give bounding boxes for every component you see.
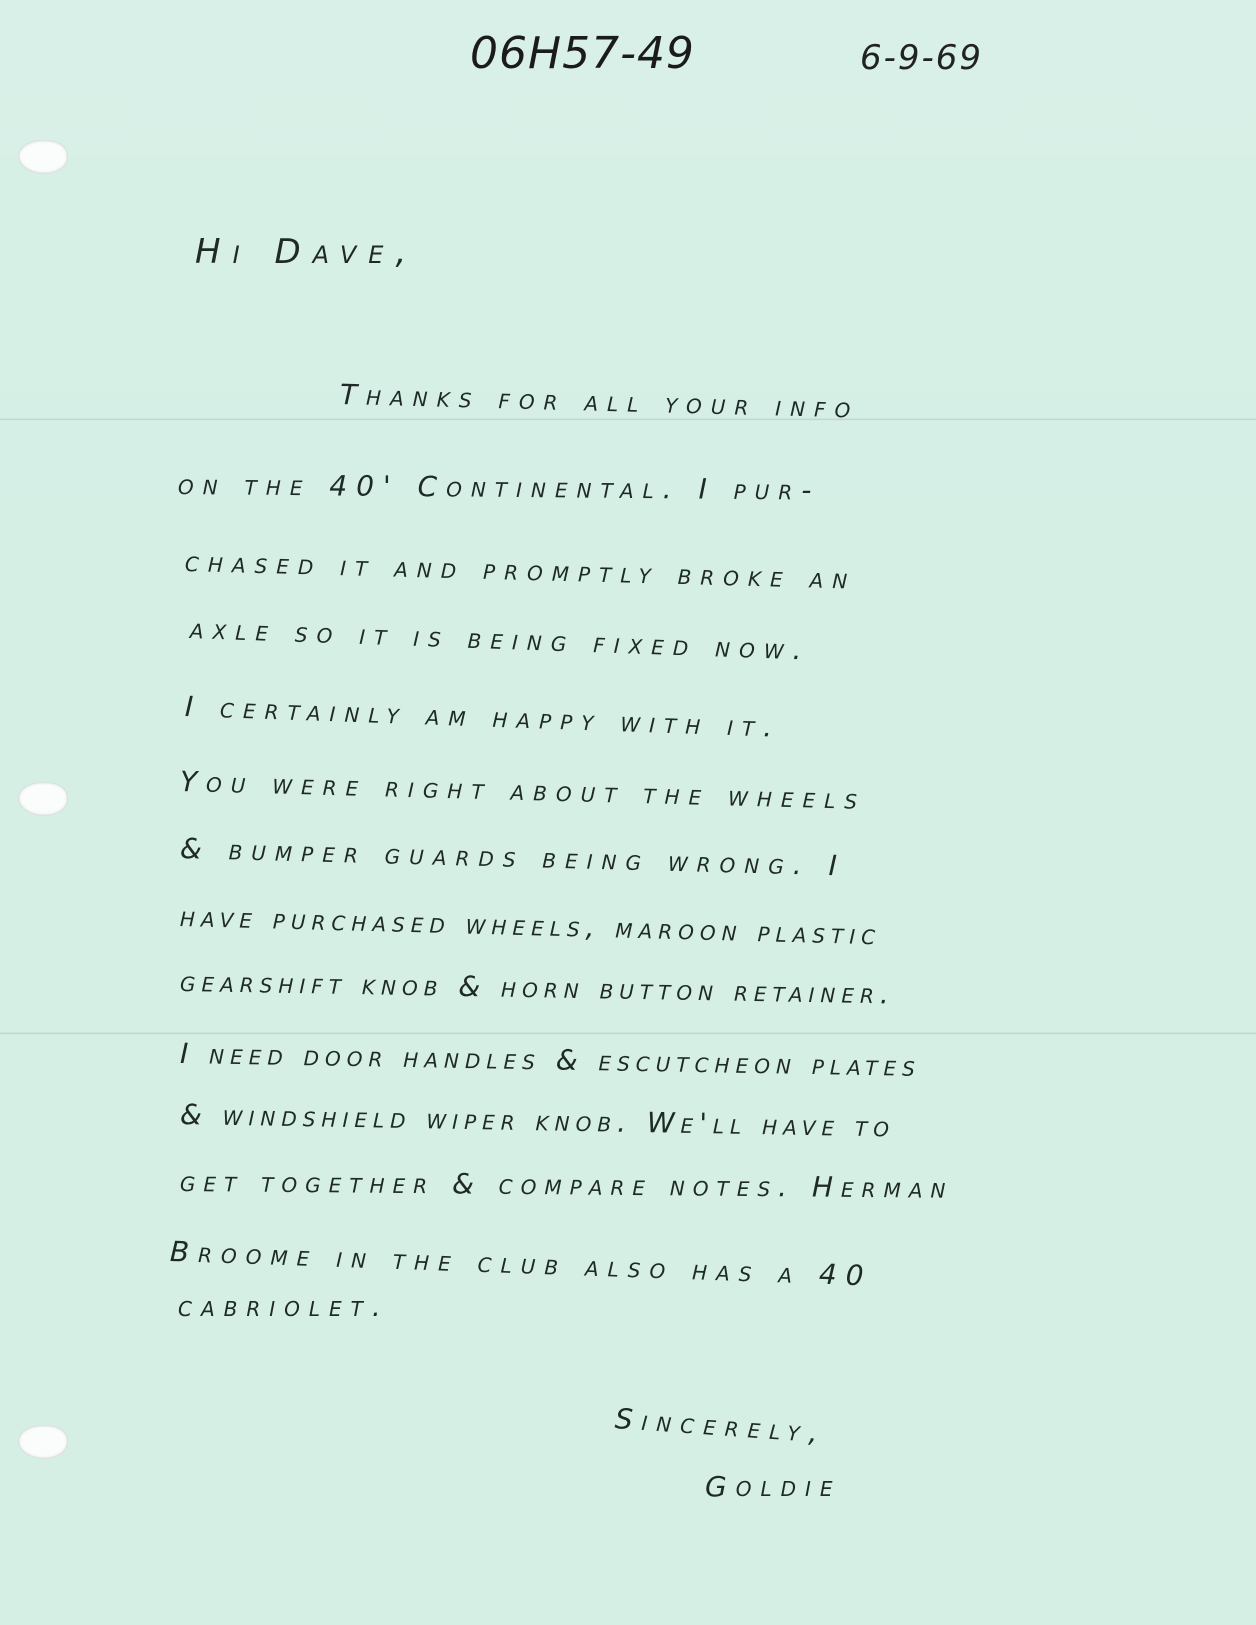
letter-line: cabriolet. [178,1290,390,1323]
binder-hole [18,140,68,174]
letter-line: get together & compare notes. Herman [180,1165,954,1205]
letter-line: gearshift knob & horn button retainer. [180,965,895,1010]
salutation: Hi Dave, [195,232,418,272]
letter-line: & bumper guards being wrong. I [180,832,847,882]
letter-line: Broome in the club also has a 40 [169,1235,873,1293]
signature: Goldie [705,1470,842,1503]
letter-line: have purchased wheels, maroon plastic [180,900,882,951]
binder-hole [18,1425,68,1459]
letter-page: 06H57-49 6-9-69 Hi Dave, Thanks for all … [0,0,1256,1625]
letter-line: I need door handles & escutcheon plates [180,1037,921,1083]
letter-line: You were right about the wheels [180,765,867,816]
reference-code: 06H57-49 [470,28,695,79]
letter-line: I certainly am happy with it. [184,690,781,744]
paper-fold-line [0,1032,1256,1035]
letter-line: & windshield wiper knob. We'll have to [180,1098,896,1143]
binder-hole [18,782,68,816]
letter-line: axle so it is being fixed now. [189,612,811,667]
letter-line: on the 40' Continental. I pur- [178,468,821,507]
letter-date: 6-9-69 [860,38,983,78]
letter-line: chased it and promptly broke an [185,545,857,596]
closing: Sincerely, [614,1402,828,1450]
